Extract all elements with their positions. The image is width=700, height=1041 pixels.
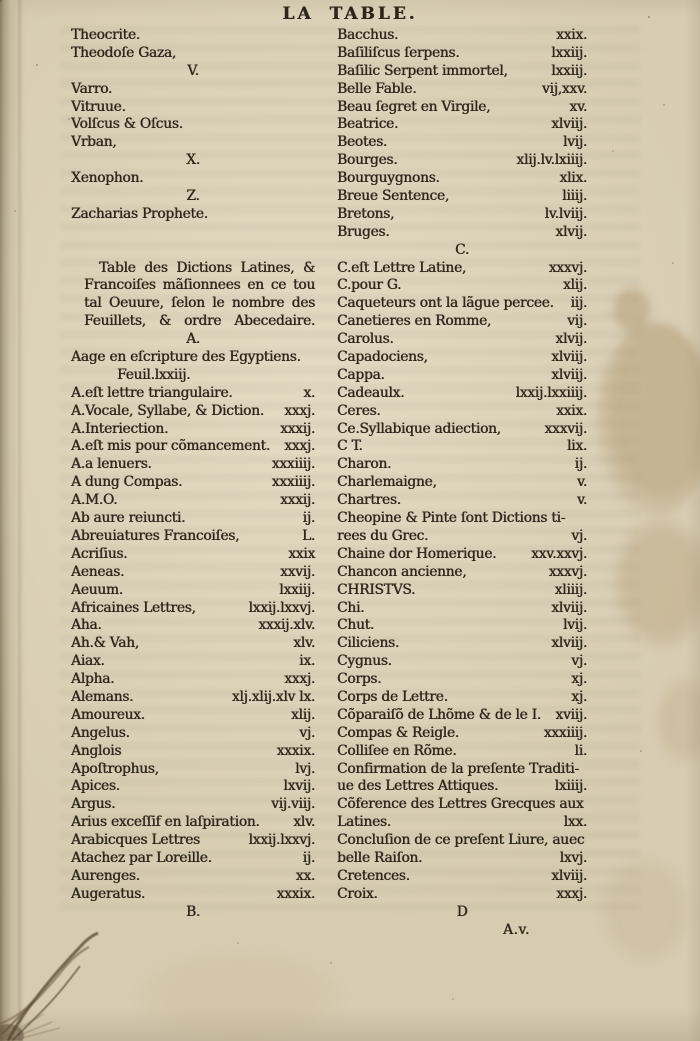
entry-title: Aha.	[71, 617, 101, 635]
entry-folio-number: xxxij.	[274, 492, 315, 510]
entry-folio-number: xlj.xlij.xlv lx.	[226, 689, 315, 707]
index-row: Capadociens,xlviij.	[337, 349, 587, 367]
entry-title: Atachez par Loreille.	[71, 850, 212, 868]
index-row: Chancon ancienne,xxxvj.	[337, 564, 587, 582]
entry-folio-number: lxx.	[558, 814, 587, 832]
index-row: Theocrite.	[71, 27, 315, 45]
entry-title: Acriſius.	[71, 546, 127, 564]
entry-folio-number: xlv.	[287, 635, 315, 653]
page-title: LA TABLE.	[0, 4, 700, 24]
entry-folio-number: xxix.	[550, 27, 587, 45]
entry-folio-number: xxxiiij.	[266, 456, 315, 474]
paper-stain	[596, 322, 700, 517]
index-row: Table des Dictions Latines, &	[71, 260, 315, 278]
entry-title: Charlemaigne,	[337, 474, 437, 492]
entry-folio-number: vj.	[565, 653, 587, 671]
entry-title: Bourges.	[337, 152, 397, 170]
index-row: Theodoſe Gaza,	[71, 45, 315, 63]
entry-title: Chaine dor Homerique.	[337, 546, 496, 564]
index-row: Caqueteurs ont la lãgue percee.iij.	[337, 295, 587, 313]
entry-title: ue des Lettres Attiques.	[337, 778, 498, 796]
index-row: Acriſius.xxix	[71, 546, 315, 564]
entry-folio-number: vij.viij.	[265, 796, 315, 814]
index-row: C.pour G.xlij.	[337, 277, 587, 295]
entry-title: Chi.	[337, 600, 364, 618]
entry-folio-number: xxxvj.	[543, 260, 587, 278]
index-row: CHRISTVS.xliiij.	[337, 582, 587, 600]
index-row: Aha.xxxij.xlv.	[71, 617, 315, 635]
entry-folio-number: xlviij.	[545, 600, 587, 618]
entry-title: Latines.	[337, 814, 391, 832]
entry-title: Bourguygnons.	[337, 170, 440, 188]
entry-title: Aeneas.	[71, 564, 124, 582]
entry-title: Ceres.	[337, 403, 380, 421]
entry-title: Angelus.	[71, 725, 130, 743]
entry-folio-number: xxxiiij.	[538, 725, 587, 743]
entry-title: Zacharias Prophete.	[71, 206, 208, 224]
entry-title: Amoureux.	[71, 707, 145, 725]
index-row: Bacchus.xxix.	[337, 27, 587, 45]
paper-stain	[135, 948, 345, 1041]
entry-title: C T.	[337, 438, 363, 456]
index-row: ue des Lettres Attiques.lxiiij.	[337, 778, 587, 796]
paper-specks	[0, 0, 2, 2]
index-row: Vitruue.	[71, 99, 315, 117]
entry-folio-number: xxxix.	[271, 886, 315, 904]
entry-folio-number: ij.	[569, 456, 587, 474]
index-row: Compas & Reigle.xxxiiij.	[337, 725, 587, 743]
index-row: Bruges.xlvij.	[337, 224, 587, 242]
entry-folio-number: lxxij.lxxvj.	[243, 600, 315, 618]
index-row: belle Raiſon.lxvj.	[337, 850, 587, 868]
index-row: Cygnus.vj.	[337, 653, 587, 671]
index-row: Ah.& Vah,xlv.	[71, 635, 315, 653]
paper-stain	[612, 286, 652, 334]
entry-title: Beotes.	[337, 134, 387, 152]
index-row: Aeneas.xxvij.	[71, 564, 315, 582]
index-row: Varro.	[71, 81, 315, 99]
index-row: C.eſt Lettre Latine,xxxvj.	[337, 260, 587, 278]
section-letter-heading: C.	[337, 242, 587, 260]
entry-folio-number: xj.	[565, 671, 587, 689]
entry-folio-number: xxxiiij.	[266, 474, 315, 492]
entry-title: rees du Grec.	[337, 528, 428, 546]
index-row: Francoiſes mãſionnees en ce tou	[71, 277, 315, 295]
index-row: A.a lenuers.xxxiiij.	[71, 456, 315, 474]
entry-title: Alpha.	[71, 671, 114, 689]
index-row: Aeuum.lxxiij.	[71, 582, 315, 600]
index-row: A.Interiection.xxxij.	[71, 421, 315, 439]
index-row: Chartres.v.	[337, 492, 587, 510]
paper-stain	[612, 515, 700, 650]
index-row: A.Vocale, Syllabe, & Diction.xxxj.	[71, 403, 315, 421]
entry-folio-number: ij.	[297, 850, 315, 868]
blank-line	[71, 242, 315, 260]
index-row: A.eſt lettre triangulaire.x.	[71, 385, 315, 403]
index-row: Ab aure reiuncti.ij.	[71, 510, 315, 528]
index-row: Carolus.xlvij.	[337, 331, 587, 349]
entry-title: Beau ſegret en Virgile,	[337, 99, 490, 117]
entry-folio-number: vj.	[565, 528, 587, 546]
entry-folio-number: xlv.	[287, 814, 315, 832]
entry-title: Anglois	[71, 743, 121, 761]
index-row: Latines.lxx.	[337, 814, 587, 832]
paper-stain	[598, 855, 693, 965]
entry-folio-number: liiij.	[556, 188, 587, 206]
entry-folio-number: lxxiij.	[545, 45, 587, 63]
index-row: Croix.xxxj.	[337, 886, 587, 904]
index-row: Africaines Lettres,lxxij.lxxvj.	[71, 600, 315, 618]
index-row: Beau ſegret en Virgile,xv.	[337, 99, 587, 117]
entry-title: C.eſt Lettre Latine,	[337, 260, 466, 278]
entry-folio-number: lvij.	[557, 134, 587, 152]
entry-folio-number: vj.	[293, 725, 315, 743]
entry-folio-number: v.	[571, 492, 587, 510]
section-letter-heading: A.	[71, 331, 315, 349]
entry-folio-number: iij.	[565, 295, 588, 313]
gathering-signature-mark: A.v.	[337, 922, 587, 940]
index-row: Abreuiatures Francoiſes,L.	[71, 528, 315, 546]
entry-folio-number: xxv.xxvj.	[525, 546, 587, 564]
index-row: C T.lix.	[337, 438, 587, 456]
index-row: Ceres.xxix.	[337, 403, 587, 421]
entry-title: Vrban,	[71, 134, 116, 152]
index-row: Chi.xlviij.	[337, 600, 587, 618]
entry-title: Baſilic Serpent immortel,	[337, 63, 508, 81]
index-row: Apoſtrophus,lvj.	[71, 761, 315, 779]
entry-folio-number: lxiiij.	[549, 778, 587, 796]
index-column-right: Bacchus.xxix.Baſiliſcus ſerpens.lxxiij.B…	[337, 27, 587, 939]
entry-folio-number: xlviij.	[545, 116, 587, 134]
entry-title: Cheopine & Pinte ſont Dictions ti-	[337, 510, 565, 528]
index-row: Breue Sentence,liiij.	[337, 188, 587, 206]
index-row: Canetieres en Romme,vij.	[337, 313, 587, 331]
entry-title: Aurenges.	[71, 868, 140, 886]
entry-title: Africaines Lettres,	[71, 600, 196, 618]
entry-title: A.eſt mis pour cõmancement.	[71, 438, 270, 456]
entry-folio-number: lvij.	[557, 617, 587, 635]
entry-title: Theocrite.	[71, 27, 140, 45]
entry-title: Croix.	[337, 886, 378, 904]
entry-title: Aiax.	[71, 653, 105, 671]
entry-title: Volſcus & Oſcus.	[71, 116, 183, 134]
entry-folio-number: xlvij.	[549, 224, 587, 242]
index-row: Feuillets, & ordre Abecedaire.	[71, 313, 315, 331]
entry-folio-number: xx.	[290, 868, 315, 886]
entry-folio-number: xv.	[563, 99, 587, 117]
index-row: Bourges.xlij.lv.lxiiij.	[337, 152, 587, 170]
index-row: A.M.O.xxxij.	[71, 492, 315, 510]
index-row: Angloisxxxix.	[71, 743, 315, 761]
entry-folio-number: x.	[297, 385, 315, 403]
index-row: Vrban,	[71, 134, 315, 152]
index-row: Bretons,lv.lviij.	[337, 206, 587, 224]
entry-title: Caqueteurs ont la lãgue percee.	[337, 295, 554, 313]
entry-title: Bacchus.	[337, 27, 398, 45]
entry-folio-number: xlviij.	[545, 349, 587, 367]
entry-title: Abreuiatures Francoiſes,	[71, 528, 239, 546]
entry-folio-number: xlviij.	[545, 635, 587, 653]
entry-title: Augeratus.	[71, 886, 145, 904]
index-row: Baſilic Serpent immortel,lxxiij.	[337, 63, 587, 81]
entry-title: Belle Fable.	[337, 81, 416, 99]
entry-title: Alemans.	[71, 689, 133, 707]
entry-folio-number: xxvij.	[274, 564, 315, 582]
section-letter-heading: Z.	[71, 188, 315, 206]
index-row: Augeratus.xxxix.	[71, 886, 315, 904]
entry-title: Corps.	[337, 671, 381, 689]
entry-title: Apoſtrophus,	[71, 761, 159, 779]
index-row: Cappa.xlviij.	[337, 367, 587, 385]
entry-title: Vitruue.	[71, 99, 126, 117]
entry-folio-number: xlvij.	[549, 331, 587, 349]
index-row: Cõparaiſõ de Lhõme & de le I.xviij.	[337, 707, 587, 725]
entry-title: A.M.O.	[71, 492, 117, 510]
entry-folio-number: lxxij.lxxiiij.	[510, 385, 587, 403]
index-row: Beotes.lvij.	[337, 134, 587, 152]
index-row: Feuil.lxxiij.	[71, 367, 315, 385]
index-row: tal Oeuure, ſelon le nombre des	[71, 295, 315, 313]
entry-title: Cretences.	[337, 868, 410, 886]
index-row: Angelus.vj.	[71, 725, 315, 743]
entry-title: A.eſt lettre triangulaire.	[71, 385, 232, 403]
entry-folio-number: xxxij.xlv.	[252, 617, 315, 635]
entry-folio-number: xlij.lv.lxiiij.	[510, 152, 587, 170]
entry-folio-number: xxxvj.	[543, 564, 587, 582]
entry-title: Confirmation de la preſente Traditi-	[337, 761, 579, 779]
index-row: Colliſee en Rõme.li.	[337, 743, 587, 761]
index-row: Arius exceſſif en laſpiration.xlv.	[71, 814, 315, 832]
index-row: A dung Compas.xxxiiij.	[71, 474, 315, 492]
entry-title: Xenophon.	[71, 170, 143, 188]
entry-folio-number: lxvij.	[277, 778, 315, 796]
index-row: Aurenges.xx.	[71, 868, 315, 886]
entry-title: Argus.	[71, 796, 115, 814]
entry-title: Bruges.	[337, 224, 389, 242]
entry-folio-number: lxxiij.	[545, 63, 587, 81]
entry-folio-number: vij.	[561, 313, 587, 331]
entry-title: Capadociens,	[337, 349, 428, 367]
entry-title: Cõference des Lettres Grecques aux	[337, 796, 583, 814]
entry-folio-number: vij,xxv.	[536, 81, 587, 99]
entry-title: Arius exceſſif en laſpiration.	[71, 814, 260, 832]
entry-title: Beatrice.	[337, 116, 398, 134]
entry-title: Concluſion de ce preſent Liure, auec	[337, 832, 584, 850]
entry-title: Chut.	[337, 617, 374, 635]
dried-twig-ink-mark	[0, 916, 150, 1041]
index-row: Cheopine & Pinte ſont Dictions ti-	[337, 510, 587, 528]
index-row: rees du Grec.vj.	[337, 528, 587, 546]
index-row: Amoureux.xlij.	[71, 707, 315, 725]
entry-folio-number: lvj.	[289, 761, 315, 779]
index-row: Cadeaulx.lxxij.lxxiiij.	[337, 385, 587, 403]
index-row: Aiax.ix.	[71, 653, 315, 671]
section-letter-heading: D	[337, 904, 587, 922]
entry-folio-number: xj.	[565, 689, 587, 707]
index-row: Charon.ij.	[337, 456, 587, 474]
entry-folio-number: xxxj.	[550, 886, 587, 904]
entry-folio-number: ix.	[293, 653, 315, 671]
entry-title: Chancon ancienne,	[337, 564, 466, 582]
entry-folio-number: ij.	[297, 510, 315, 528]
index-row: Cretences.xlviij.	[337, 868, 587, 886]
index-row: Corps de Lettre.xj.	[337, 689, 587, 707]
entry-folio-number: xxxj.	[278, 671, 315, 689]
entry-folio-number: v.	[571, 474, 587, 492]
index-row: Atachez par Loreille.ij.	[71, 850, 315, 868]
index-row: Bourguygnons.xlix.	[337, 170, 587, 188]
index-row: Concluſion de ce preſent Liure, auec	[337, 832, 587, 850]
entry-title: Apices.	[71, 778, 120, 796]
index-row: Baſiliſcus ſerpens.lxxiij.	[337, 45, 587, 63]
index-row: Aage en eſcripture des Egyptiens.	[71, 349, 315, 367]
index-row: Confirmation de la preſente Traditi-	[337, 761, 587, 779]
index-row: Corps.xj.	[337, 671, 587, 689]
entry-title: A dung Compas.	[71, 474, 182, 492]
index-row: Beatrice.xlviij.	[337, 116, 587, 134]
entry-title: Baſiliſcus ſerpens.	[337, 45, 459, 63]
section-letter-heading: V.	[71, 63, 315, 81]
blank-line	[71, 224, 315, 242]
book-page-scan: LA TABLE. Theocrite.Theodoſe Gaza,V.Varr…	[0, 0, 700, 1041]
index-row: Volſcus & Oſcus.	[71, 116, 315, 134]
entry-folio-number: lix.	[561, 438, 587, 456]
entry-folio-number: L.	[296, 528, 315, 546]
section-letter-heading: X.	[71, 152, 315, 170]
entry-title: Cadeaulx.	[337, 385, 404, 403]
entry-title: Charon.	[337, 456, 391, 474]
entry-title: Chartres.	[337, 492, 401, 510]
entry-folio-number: xviij.	[549, 707, 587, 725]
entry-folio-number: xlij.	[285, 707, 315, 725]
entry-title: C.pour G.	[337, 277, 401, 295]
index-row: Zacharias Prophete.	[71, 206, 315, 224]
entry-folio-number: xlviij.	[545, 367, 587, 385]
entry-title: Ah.& Vah,	[71, 635, 139, 653]
entry-title: Canetieres en Romme,	[337, 313, 491, 331]
index-row: Alpha.xxxj.	[71, 671, 315, 689]
index-row: Ciliciens.xlviij.	[337, 635, 587, 653]
entry-folio-number: xxxj.	[278, 438, 315, 456]
entry-folio-number: xlviij.	[545, 868, 587, 886]
entry-folio-number: lxxiij.	[273, 582, 315, 600]
index-row: Cõference des Lettres Grecques aux	[337, 796, 587, 814]
entry-title: Aeuum.	[71, 582, 123, 600]
entry-title: A.a lenuers.	[71, 456, 152, 474]
entry-folio-number: lxvj.	[554, 850, 587, 868]
index-row: Chut.lvij.	[337, 617, 587, 635]
index-row: Arabicques Lettreslxxij.lxxvj.	[71, 832, 315, 850]
index-row: Alemans.xlj.xlij.xlv lx.	[71, 689, 315, 707]
entry-folio-number: xxxvij.	[539, 421, 587, 439]
index-row: Apices.lxvij.	[71, 778, 315, 796]
index-row: Chaine dor Homerique.xxv.xxvj.	[337, 546, 587, 564]
entry-folio-number: xlix.	[553, 170, 587, 188]
entry-title: CHRISTVS.	[337, 582, 415, 600]
entry-title: Ce.Syllabique adiection,	[337, 421, 501, 439]
index-row: Xenophon.	[71, 170, 315, 188]
entry-folio-number: xxxj.	[278, 403, 315, 421]
entry-title: Arabicques Lettres	[71, 832, 200, 850]
entry-title: A.Interiection.	[71, 421, 168, 439]
entry-title: Colliſee en Rõme.	[337, 743, 456, 761]
entry-title: Breue Sentence,	[337, 188, 449, 206]
index-row: Ce.Syllabique adiection,xxxvij.	[337, 421, 587, 439]
entry-folio-number: xlij.	[557, 277, 587, 295]
entry-title: Carolus.	[337, 331, 393, 349]
entry-folio-number: xliiij.	[549, 582, 587, 600]
entry-title: Cappa.	[337, 367, 385, 385]
index-row: Charlemaigne,v.	[337, 474, 587, 492]
index-row: Argus.vij.viij.	[71, 796, 315, 814]
entry-title: belle Raiſon.	[337, 850, 422, 868]
entry-folio-number: lxxij.lxxvj.	[243, 832, 315, 850]
entry-title: A.Vocale, Syllabe, & Diction.	[71, 403, 264, 421]
entry-folio-number: xxix	[282, 546, 315, 564]
index-row: A.eſt mis pour cõmancement.xxxj.	[71, 438, 315, 456]
index-row: Belle Fable.vij,xxv.	[337, 81, 587, 99]
entry-folio-number: xxxij.	[274, 421, 315, 439]
entry-title: Ciliciens.	[337, 635, 399, 653]
index-column-left: Theocrite.Theodoſe Gaza,V.Varro.Vitruue.…	[71, 27, 315, 922]
entry-title: Bretons,	[337, 206, 394, 224]
entry-folio-number: xxxix.	[271, 743, 315, 761]
paper-stain	[655, 675, 700, 765]
entry-title: Cygnus.	[337, 653, 392, 671]
entry-title: Compas & Reigle.	[337, 725, 459, 743]
entry-title: Theodoſe Gaza,	[71, 45, 176, 63]
entry-title: Corps de Lettre.	[337, 689, 448, 707]
entry-folio-number: xxix.	[550, 403, 587, 421]
entry-title: Ab aure reiuncti.	[71, 510, 185, 528]
entry-title: Varro.	[71, 81, 112, 99]
entry-folio-number: li.	[569, 743, 587, 761]
entry-folio-number: lv.lviij.	[539, 206, 587, 224]
entry-title: Cõparaiſõ de Lhõme & de le I.	[337, 707, 541, 725]
entry-title: Aage en eſcripture des Egyptiens.	[71, 349, 301, 367]
